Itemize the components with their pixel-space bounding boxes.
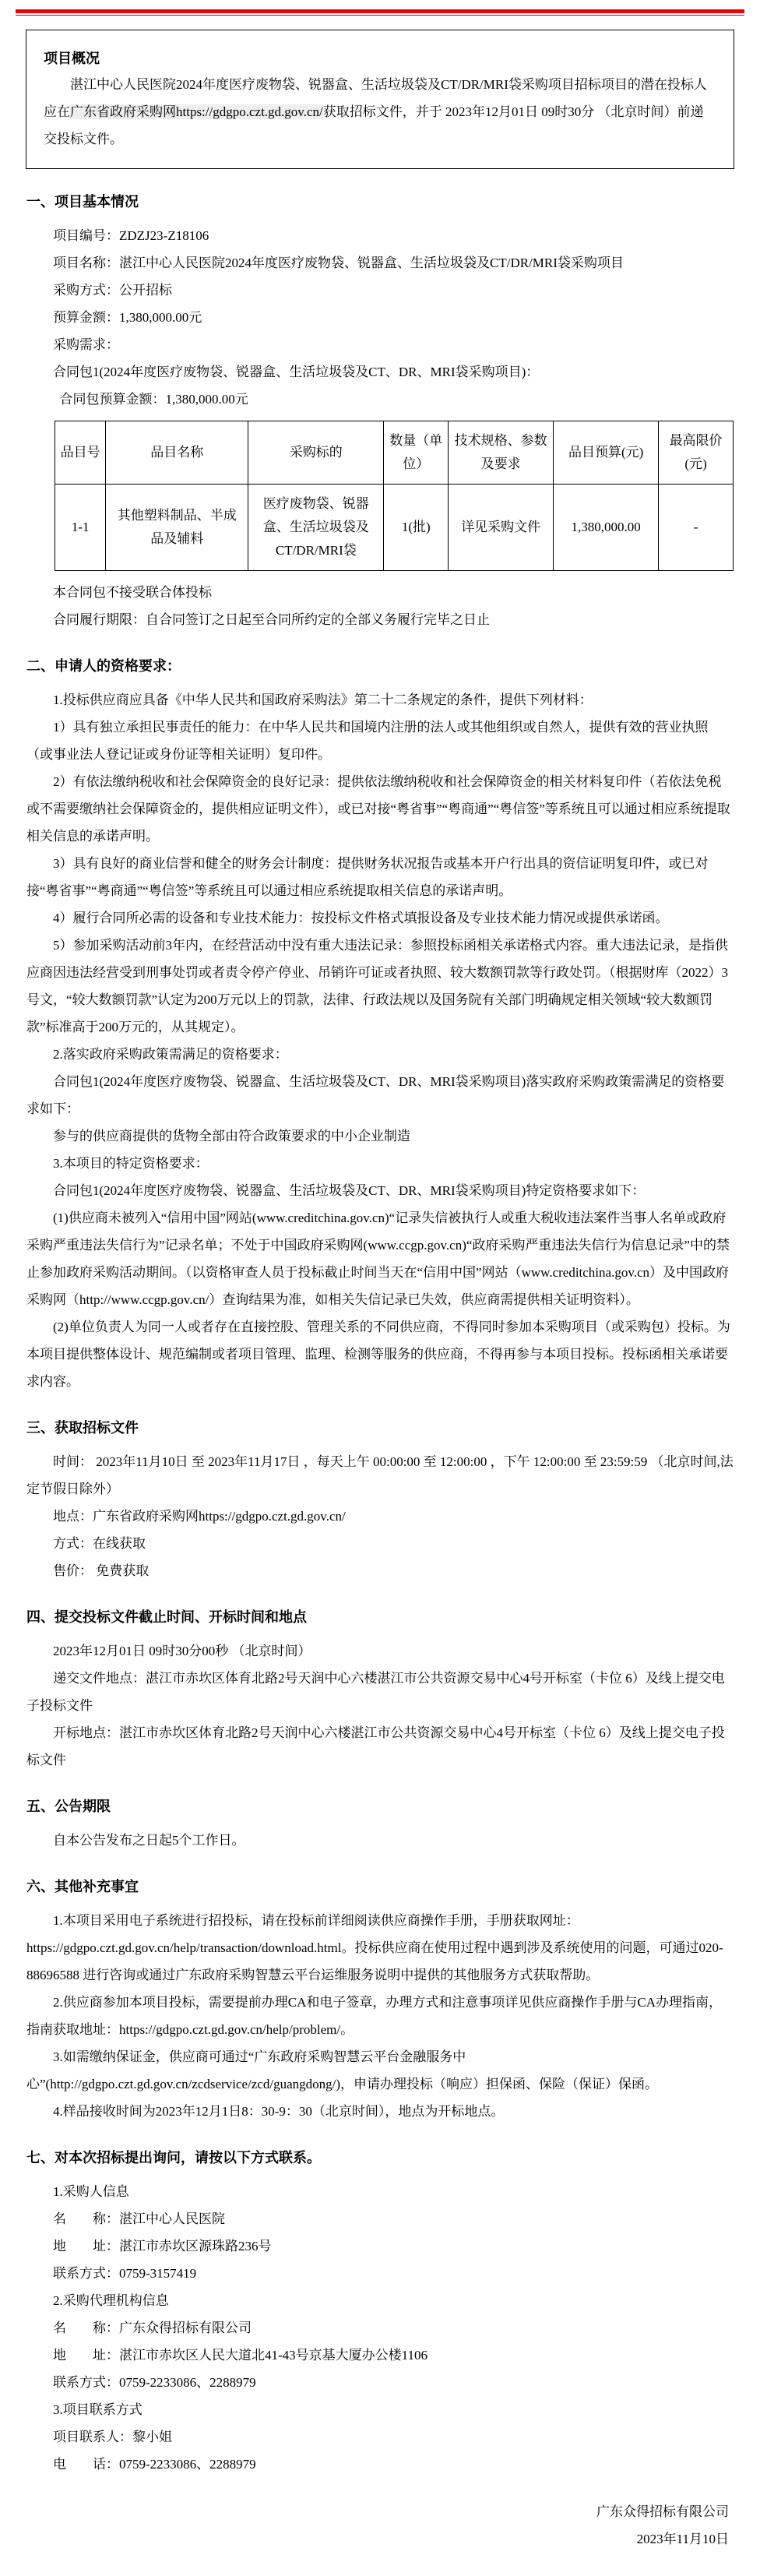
signature-date: 2023年11月10日	[26, 2525, 729, 2553]
agency-address: 地 址：湛江市赤坎区人民大道北41-43号京基大厦办公楼1106	[26, 2342, 734, 2369]
col-header-quantity: 数量（单位）	[384, 421, 449, 485]
qualification-item: 5）参加采购活动前3年内，在经营活动中没有重大违法记录：参照投标函相关承诺格式内…	[26, 932, 734, 1041]
purchaser-name: 名 称：湛江中心人民医院	[26, 2205, 734, 2232]
section5-heading: 五、公告期限	[26, 1795, 734, 1817]
contract-term-note: 合同履行期限：自合同签订之日起至合同所约定的全部义务履行完毕之日止	[26, 606, 734, 633]
bid-open-place: 开标地点：湛江市赤坎区体育北路2号天润中心六楼湛江市公共资源交易中心4号开标室（…	[26, 1719, 734, 1774]
col-header-specs: 技术规格、参数及要求	[449, 421, 554, 485]
cell-quantity: 1(批)	[384, 485, 449, 571]
supplementary-item: 4.样品接收时间为2023年12月1日8：30-9：30（北京时间），地点为开标…	[26, 2098, 734, 2125]
qualification-subitem: (2)单位负责人为同一人或者存在直接控股、管理关系的不同供应商，不得同时参加本采…	[26, 1313, 734, 1395]
qualification-item: 3.本项目的特定资格要求：	[26, 1150, 734, 1177]
items-table: 品目号 品目名称 采购标的 数量（单位） 技术规格、参数及要求 品目预算(元) …	[55, 421, 734, 571]
supplementary-item: 1.本项目采用电子系统进行招投标，请在投标前详细阅读供应商操作手册，手册获取网址…	[26, 1907, 734, 1989]
col-header-subject: 采购标的	[248, 421, 384, 485]
agency-contact: 联系方式：0759-2233086、2288979	[26, 2369, 734, 2396]
section6-heading: 六、其他补充事宜	[26, 1876, 734, 1898]
qualification-item: 2.落实政府采购政策需满足的资格要求：	[26, 1041, 734, 1068]
agency-name: 名 称：广东众得招标有限公司	[26, 2314, 734, 2342]
section4-heading: 四、提交投标文件截止时间、开标时间和地点	[26, 1606, 734, 1628]
document-body: 一、项目基本情况 项目编号：ZDZJ23-Z18106 项目名称：湛江中心人民医…	[16, 191, 744, 2553]
doc-obtain-price: 售价： 免费获取	[26, 1557, 734, 1584]
cell-subject: 医疗废物袋、锐器盒、生活垃圾袋及CT/DR/MRI袋	[248, 485, 384, 571]
agency-info-title: 2.采购代理机构信息	[26, 2287, 734, 2314]
signature-company: 广东众得招标有限公司	[26, 2498, 729, 2525]
signature-block: 广东众得招标有限公司 2023年11月10日	[26, 2498, 734, 2553]
doc-obtain-method: 方式：在线获取	[26, 1530, 734, 1557]
no-consortium-note: 本合同包不接受联合体投标	[26, 579, 734, 606]
cell-specs: 详见采购文件	[449, 485, 554, 571]
contract-package-budget: 合同包预算金额：1,380,000.00元	[26, 386, 734, 413]
section1-heading: 一、项目基本情况	[26, 191, 734, 213]
procurement-demand-label: 采购需求：	[26, 331, 734, 358]
project-contact-phone: 电 话：0759-2233086、2288979	[26, 2451, 734, 2478]
section2-heading: 二、申请人的资格要求：	[26, 655, 734, 677]
top-divider-thick	[16, 9, 744, 13]
section3-heading: 三、获取招标文件	[26, 1417, 734, 1439]
table-row: 1-1 其他塑料制品、半成品及辅料 医疗废物袋、锐器盒、生活垃圾袋及CT/DR/…	[55, 485, 734, 571]
col-header-item-no: 品目号	[55, 421, 106, 485]
purchaser-contact: 联系方式：0759-3157419	[26, 2260, 734, 2287]
qualification-subitem: 合同包1(2024年度医疗废物袋、锐器盒、生活垃圾袋及CT、DR、MRI袋采购项…	[26, 1177, 734, 1204]
doc-obtain-place: 地点：广东省政府采购网https://gdgpo.czt.gd.gov.cn/	[26, 1503, 734, 1530]
project-number: 项目编号：ZDZJ23-Z18106	[26, 222, 734, 249]
col-header-item-budget: 品目预算(元)	[554, 421, 659, 485]
supplementary-item: 2.供应商参加本项目投标，需要提前办理CA和电子签章，办理方式和注意事项详见供应…	[26, 1989, 734, 2043]
qualification-item: 3）具有良好的商业信誉和健全的财务会计制度：提供财务状况报告或基本开户行出具的资…	[26, 850, 734, 904]
top-divider-thin	[16, 15, 744, 16]
purchaser-info-title: 1.采购人信息	[26, 2178, 734, 2205]
project-overview-box: 项目概况 湛江中心人民医院2024年度医疗废物袋、锐器盒、生活垃圾袋及CT/DR…	[26, 30, 734, 169]
qualification-subitem: (1)供应商未被列入“信用中国”网站(www.creditchina.gov.c…	[26, 1204, 734, 1313]
project-contact-person: 项目联系人：黎小姐	[26, 2423, 734, 2451]
cell-item-name: 其他塑料制品、半成品及辅料	[106, 485, 248, 571]
section7-heading: 七、对本次招标提出询问，请按以下方式联系。	[26, 2147, 734, 2169]
table-header-row: 品目号 品目名称 采购标的 数量（单位） 技术规格、参数及要求 品目预算(元) …	[55, 421, 734, 485]
bid-submit-place: 递交文件地点：湛江市赤坎区体育北路2号天润中心六楼湛江市公共资源交易中心4号开标…	[26, 1665, 734, 1719]
qualification-subitem: 合同包1(2024年度医疗废物袋、锐器盒、生活垃圾袋及CT、DR、MRI袋采购项…	[26, 1068, 734, 1122]
document-page: 项目概况 湛江中心人民医院2024年度医疗废物袋、锐器盒、生活垃圾袋及CT/DR…	[0, 0, 760, 2576]
contract-package-line: 合同包1(2024年度医疗废物袋、锐器盒、生活垃圾袋及CT、DR、MRI袋采购项…	[26, 358, 734, 386]
overview-title: 项目概况	[44, 48, 716, 68]
col-header-price-cap: 最高限价(元)	[659, 421, 734, 485]
purchaser-address: 地 址：湛江市赤坎区源珠路236号	[26, 2232, 734, 2260]
project-name: 项目名称：湛江中心人民医院2024年度医疗废物袋、锐器盒、生活垃圾袋及CT/DR…	[26, 249, 734, 277]
qualification-item: 1）具有独立承担民事责任的能力：在中华人民共和国境内注册的法人或其他组织或自然人…	[26, 714, 734, 768]
qualification-item: 2）有依法缴纳税收和社会保障资金的良好记录：提供依法缴纳税收和社会保障资金的相关…	[26, 768, 734, 850]
project-contact-title: 3.项目联系方式	[26, 2396, 734, 2423]
announcement-period: 自本公告发布之日起5个工作日。	[26, 1827, 734, 1854]
cell-item-budget: 1,380,000.00	[554, 485, 659, 571]
qualification-subitem: 参与的供应商提供的货物全部由符合政策要求的中小企业制造	[26, 1122, 734, 1150]
cell-price-cap: -	[659, 485, 734, 571]
supplementary-item: 3.如需缴纳保证金，供应商可通过“广东政府采购智慧云平台金融服务中心”(http…	[26, 2043, 734, 2098]
cell-item-no: 1-1	[55, 485, 106, 571]
overview-paragraph: 湛江中心人民医院2024年度医疗废物袋、锐器盒、生活垃圾袋及CT/DR/MRI袋…	[44, 71, 716, 153]
bid-deadline: 2023年12月01日 09时30分00秒 （北京时间）	[26, 1637, 734, 1665]
qualification-item: 1.投标供应商应具备《中华人民共和国政府采购法》第二十二条规定的条件，提供下列材…	[26, 686, 734, 714]
doc-obtain-time: 时间： 2023年11月10日 至 2023年11月17日 ，每天上午 00:0…	[26, 1448, 734, 1503]
qualification-item: 4）履行合同所必需的设备和专业技术能力：按投标文件格式填报设备及专业技术能力情况…	[26, 904, 734, 932]
col-header-item-name: 品目名称	[106, 421, 248, 485]
procurement-method: 采购方式：公开招标	[26, 277, 734, 304]
procurement-site-url: 广东省政府采购网https://gdgpo.czt.gd.gov.cn/	[70, 104, 323, 119]
budget-amount: 预算金额：1,380,000.00元	[26, 304, 734, 331]
